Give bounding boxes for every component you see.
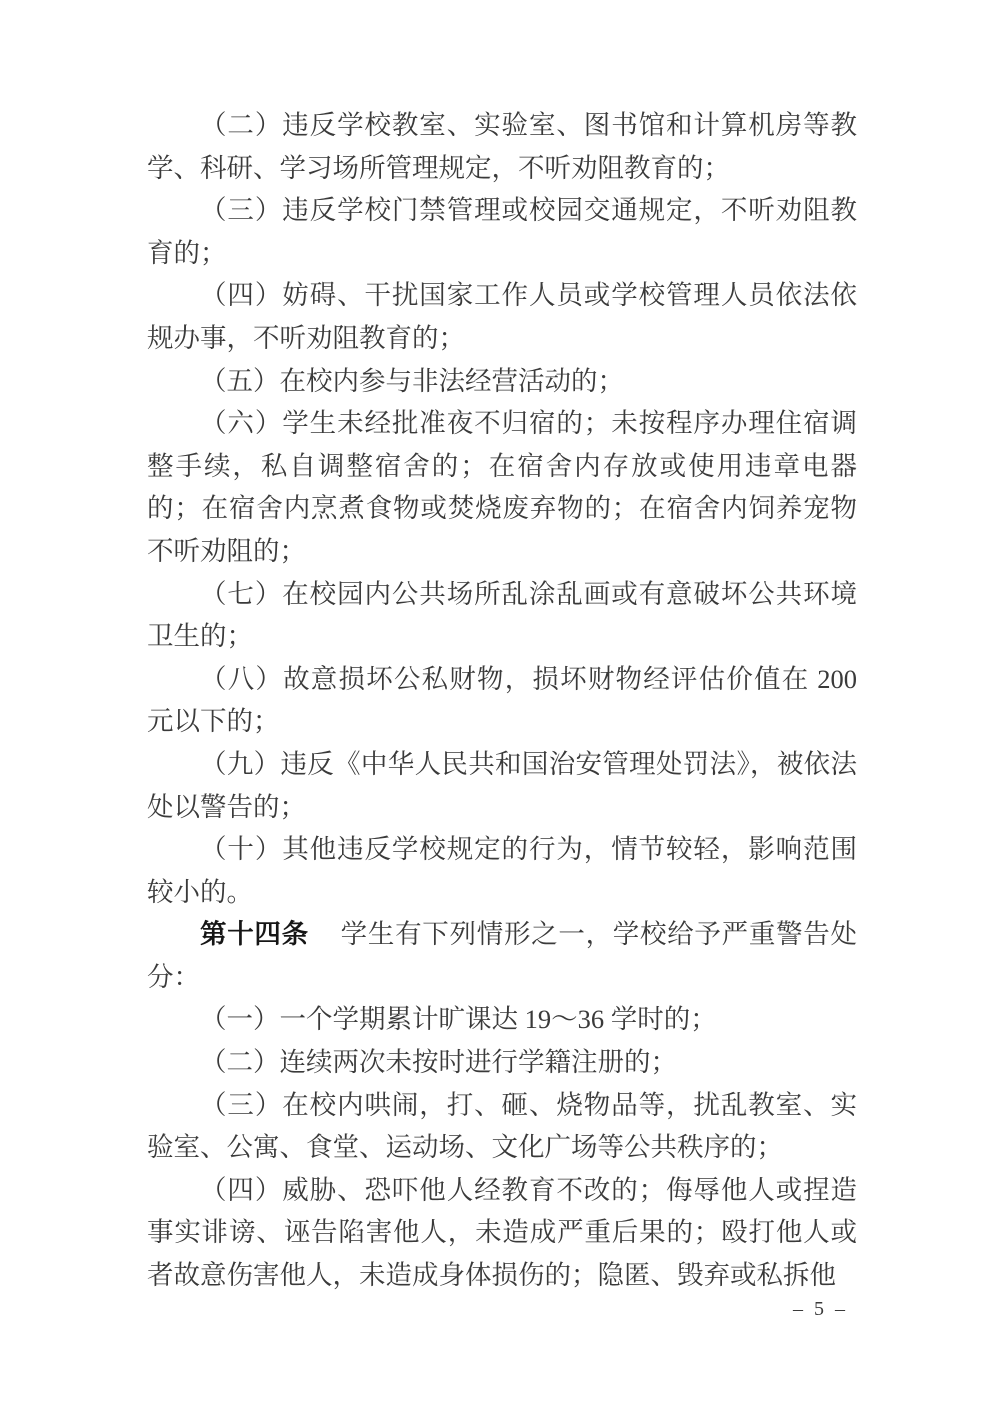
list-item-paragraph: （三）在校内哄闹，打、砸、烧物品等，扰乱教室、实验室、公寓、食堂、运动场、文化广… — [147, 1084, 857, 1169]
paragraph-text: （六）学生未经批准夜不归宿的；未按程序办理住宿调整手续，私自调整宿舍的；在宿舍内… — [147, 408, 857, 566]
list-item-paragraph: （八）故意损坏公私财物，损坏财物经评估价值在 200 元以下的； — [147, 658, 857, 743]
list-item-paragraph: （七）在校园内公共场所乱涂乱画或有意破坏公共环境卫生的； — [147, 573, 857, 658]
list-item-paragraph: （四）妨碍、干扰国家工作人员或学校管理人员依法依规办事，不听劝阻教育的； — [147, 274, 857, 359]
list-item-paragraph: （十）其他违反学校规定的行为，情节较轻，影响范围较小的。 — [147, 828, 857, 913]
list-item-paragraph: （四）威胁、恐吓他人经教育不改的；侮辱他人或捏造事实诽谤、诬告陷害他人，未造成严… — [147, 1169, 857, 1297]
paragraph-text: （四）妨碍、干扰国家工作人员或学校管理人员依法依规办事，不听劝阻教育的； — [147, 280, 857, 353]
paragraph-text: （十）其他违反学校规定的行为，情节较轻，影响范围较小的。 — [147, 834, 857, 907]
paragraph-text: （二）连续两次未按时进行学籍注册的； — [200, 1047, 677, 1077]
list-item-paragraph: （一）一个学期累计旷课达 19～36 学时的； — [147, 998, 857, 1041]
list-item-paragraph: （二）连续两次未按时进行学籍注册的； — [147, 1041, 857, 1084]
list-item-paragraph: （九）违反《中华人民共和国治安管理处罚法》，被依法处以警告的； — [147, 743, 857, 828]
list-item-paragraph: （二）违反学校教室、实验室、图书馆和计算机房等教学、科研、学习场所管理规定，不听… — [147, 104, 857, 189]
paragraph-text: （七）在校园内公共场所乱涂乱画或有意破坏公共环境卫生的； — [147, 579, 857, 652]
paragraph-text: （四）威胁、恐吓他人经教育不改的；侮辱他人或捏造事实诽谤、诬告陷害他人，未造成严… — [147, 1175, 857, 1290]
document-page: （二）违反学校教室、实验室、图书馆和计算机房等教学、科研、学习场所管理规定，不听… — [0, 0, 1000, 1415]
list-item-paragraph: （六）学生未经批准夜不归宿的；未按程序办理住宿调整手续，私自调整宿舍的；在宿舍内… — [147, 402, 857, 572]
paragraph-text: （二）违反学校教室、实验室、图书馆和计算机房等教学、科研、学习场所管理规定，不听… — [147, 110, 857, 183]
paragraph-text: （三）违反学校门禁管理或校园交通规定，不听劝阻教育的； — [147, 195, 857, 268]
paragraph-text: （八）故意损坏公私财物，损坏财物经评估价值在 200 元以下的； — [147, 664, 857, 737]
paragraph-text: （五）在校内参与非法经营活动的； — [200, 366, 624, 396]
article-number: 第十四条 — [200, 919, 309, 949]
document-body: （二）违反学校教室、实验室、图书馆和计算机房等教学、科研、学习场所管理规定，不听… — [147, 104, 857, 1297]
list-item-paragraph: （三）违反学校门禁管理或校园交通规定，不听劝阻教育的； — [147, 189, 857, 274]
page-number: – 5 – — [793, 1294, 848, 1324]
article-paragraph: 第十四条学生有下列情形之一，学校给予严重警告处分： — [147, 913, 857, 998]
paragraph-text: （三）在校内哄闹，打、砸、烧物品等，扰乱教室、实验室、公寓、食堂、运动场、文化广… — [147, 1090, 857, 1163]
paragraph-text: （一）一个学期累计旷课达 19～36 学时的； — [200, 1004, 717, 1034]
list-item-paragraph: （五）在校内参与非法经营活动的； — [147, 360, 857, 403]
paragraph-text: （九）违反《中华人民共和国治安管理处罚法》，被依法处以警告的； — [147, 749, 857, 822]
